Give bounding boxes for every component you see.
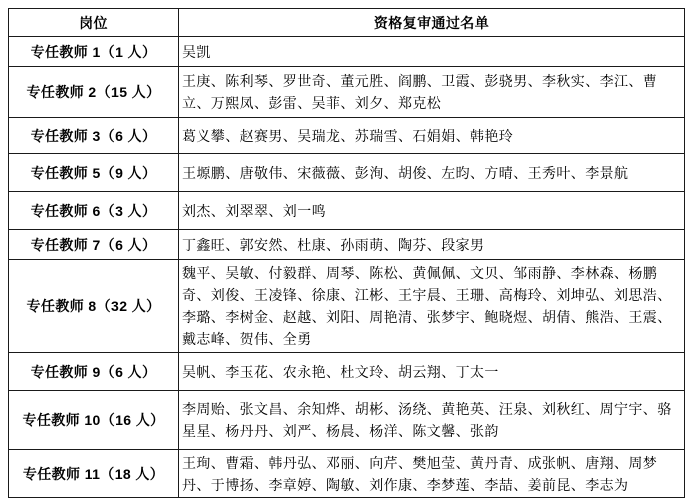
position-cell: 专任教师 5（9 人） <box>9 154 179 192</box>
position-cell: 专任教师 3（6 人） <box>9 118 179 154</box>
header-row: 岗位 资格复审通过名单 <box>9 9 685 37</box>
position-cell: 专任教师 7（6 人） <box>9 230 179 260</box>
table-row: 专任教师 7（6 人） 丁鑫旺、郭安然、杜康、孙雨萌、陶芬、段家男 <box>9 230 685 260</box>
names-cell: 丁鑫旺、郭安然、杜康、孙雨萌、陶芬、段家男 <box>179 230 685 260</box>
names-cell: 魏平、吴敏、付毅群、周琴、陈松、黄佩佩、文贝、邹雨静、李林森、杨鹏奇、刘俊、王凌… <box>179 260 685 353</box>
names-cell: 王珣、曹霜、韩丹弘、邓丽、向芹、樊旭莹、黄丹青、成张帆、唐翔、周梦丹、于博扬、李… <box>179 450 685 485</box>
table-row: 专任教师 1（1 人） 吴凯 <box>9 37 685 67</box>
position-cell: 专任教师 11（18 人） <box>9 450 179 485</box>
position-cell: 专任教师 6（3 人） <box>9 192 179 230</box>
position-cell: 专任教师 9（6 人） <box>9 353 179 391</box>
names-cell: 吴帆、李玉花、农永艳、杜文玲、胡云翔、丁太一 <box>179 353 685 391</box>
table-row: 专任教师 3（6 人） 葛义攀、赵赛男、吴瑞龙、苏瑞雪、石娟娟、韩艳玲 <box>9 118 685 154</box>
names-cell: 吴凯 <box>179 37 685 67</box>
table-row: 专任教师 10（16 人） 李周贻、张文昌、余知烨、胡彬、汤绕、黄艳英、汪泉、刘… <box>9 391 685 450</box>
position-cell: 专任教师 1（1 人） <box>9 37 179 67</box>
names-cell: 王庚、陈利琴、罗世奇、董元胜、阎鹏、卫霞、彭骁男、李秋实、李江、曹立、万熙凤、彭… <box>179 67 685 118</box>
position-column-header: 岗位 <box>9 9 179 37</box>
table-row: 专任教师 8（32 人） 魏平、吴敏、付毅群、周琴、陈松、黄佩佩、文贝、邹雨静、… <box>9 260 685 353</box>
table-row: 专任教师 5（9 人） 王塬鹏、唐敬伟、宋薇薇、彭洵、胡俊、左昀、方晴、王秀叶、… <box>9 154 685 192</box>
table-row: 专任教师 9（6 人） 吴帆、李玉花、农永艳、杜文玲、胡云翔、丁太一 <box>9 353 685 391</box>
names-cell: 葛义攀、赵赛男、吴瑞龙、苏瑞雪、石娟娟、韩艳玲 <box>179 118 685 154</box>
position-cell: 专任教师 8（32 人） <box>9 260 179 353</box>
table-row: 专任教师 2（15 人） 王庚、陈利琴、罗世奇、董元胜、阎鹏、卫霞、彭骁男、李秋… <box>9 67 685 118</box>
position-cell: 专任教师 10（16 人） <box>9 391 179 450</box>
qualification-review-table: 岗位 资格复审通过名单 专任教师 1（1 人） 吴凯 专任教师 2（15 人） … <box>8 8 685 484</box>
table-row: 专任教师 11（18 人） 王珣、曹霜、韩丹弘、邓丽、向芹、樊旭莹、黄丹青、成张… <box>9 450 685 485</box>
names-cell: 王塬鹏、唐敬伟、宋薇薇、彭洵、胡俊、左昀、方晴、王秀叶、李景航 <box>179 154 685 192</box>
names-cell: 李周贻、张文昌、余知烨、胡彬、汤绕、黄艳英、汪泉、刘秋红、周宁宇、骆星星、杨丹丹… <box>179 391 685 450</box>
table-row: 专任教师 6（3 人） 刘杰、刘翠翠、刘一鸣 <box>9 192 685 230</box>
names-column-header: 资格复审通过名单 <box>179 9 685 37</box>
names-cell: 刘杰、刘翠翠、刘一鸣 <box>179 192 685 230</box>
position-cell: 专任教师 2（15 人） <box>9 67 179 118</box>
